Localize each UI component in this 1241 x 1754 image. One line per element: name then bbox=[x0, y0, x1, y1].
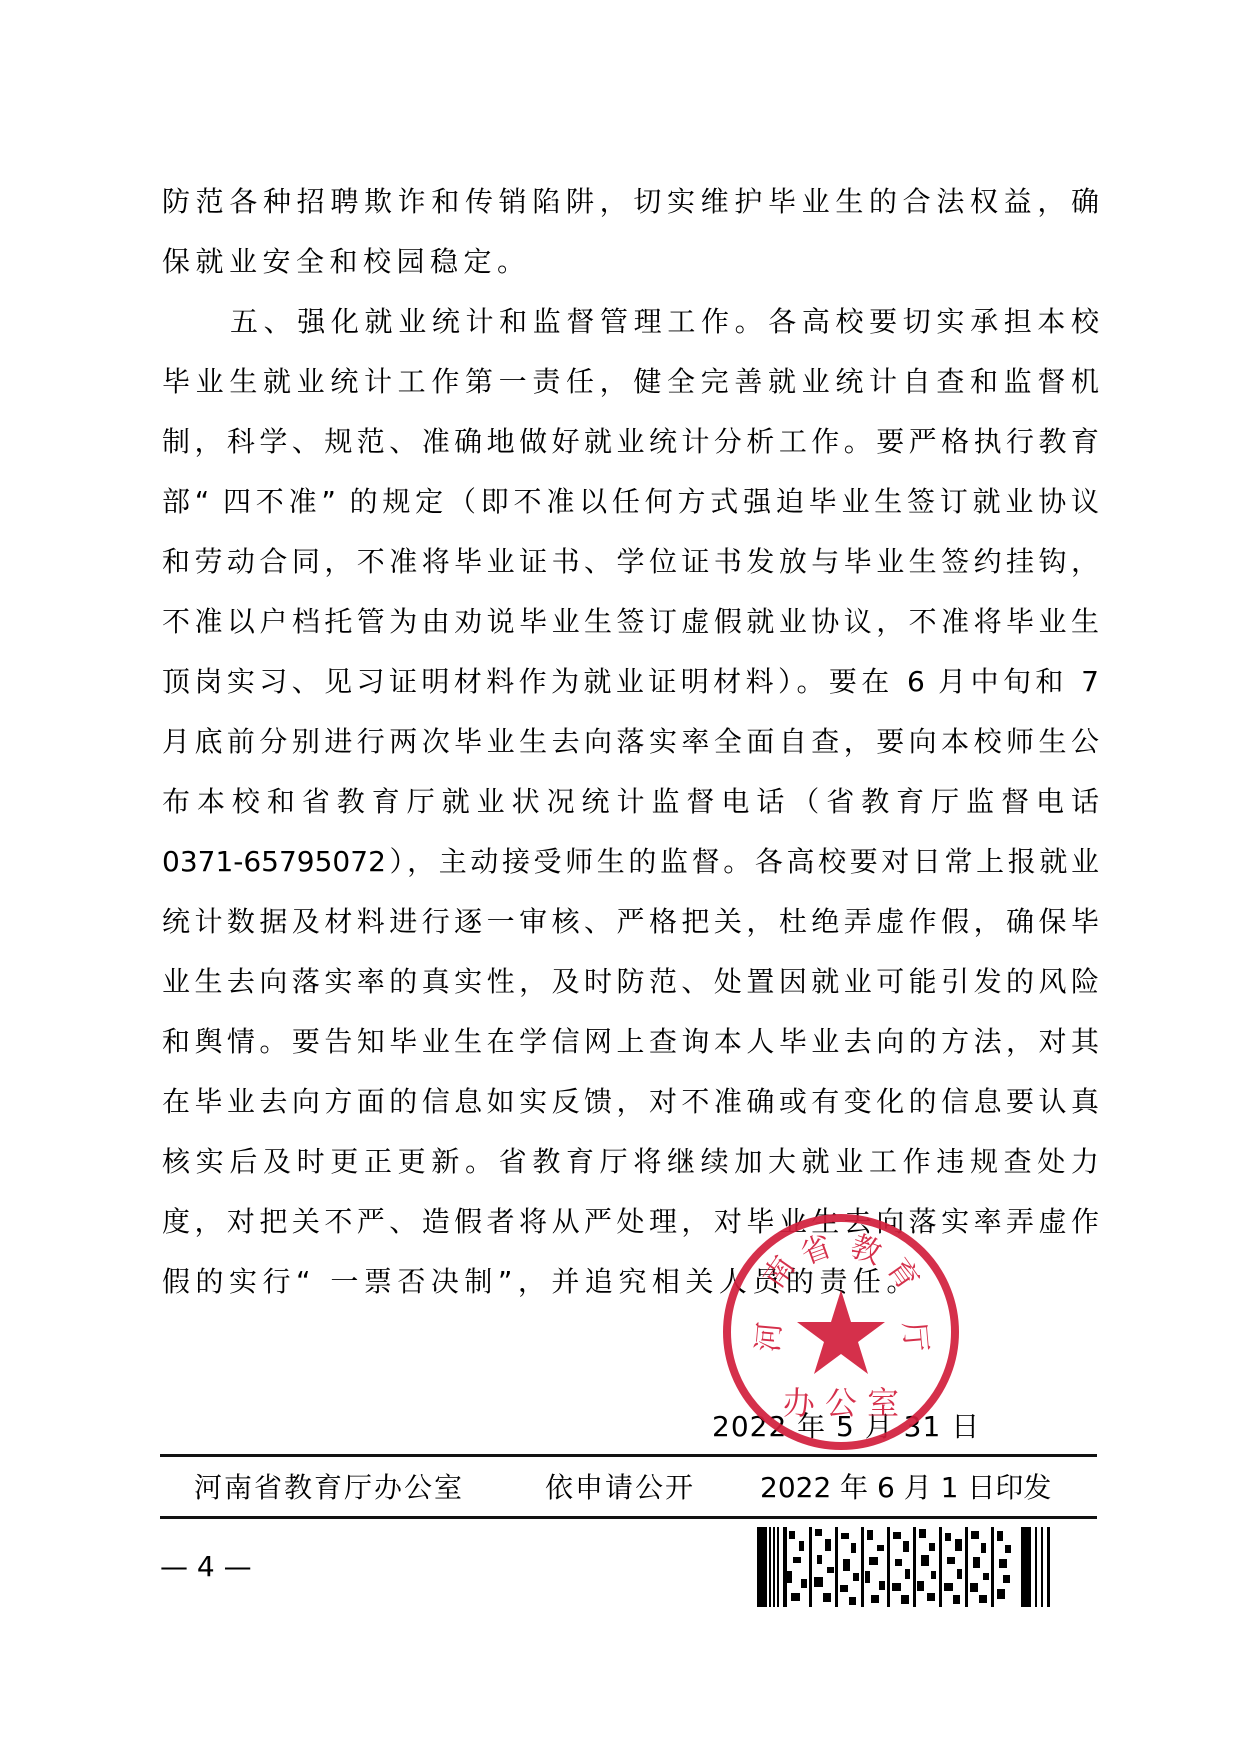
footer-print-date: 2022 年 6 月 1 日印发 bbox=[760, 1468, 1051, 1508]
body-line: 在毕业去向方面的信息如实反馈，对不准确或有变化的信息要认真 bbox=[162, 1082, 1099, 1122]
official-seal-stamp: 河 南 省 教 育 厅 办 公 室 bbox=[721, 1212, 961, 1452]
body-line: 部“ 四不准” 的规定（即不准以任何方式强迫毕业生签订就业协议 bbox=[162, 482, 1099, 522]
body-line: 顶岗实习、见习证明材料作为就业证明材料）。要在 6 月中旬和 7 bbox=[162, 662, 1099, 702]
body-line: 统计数据及材料进行逐一审核、严格把关，杜绝弄虚作假，确保毕 bbox=[162, 902, 1099, 942]
body-line: 毕业生就业统计工作第一责任，健全完善就业统计自查和监督机 bbox=[162, 362, 1099, 402]
section-heading-line: 五、强化就业统计和监督管理工作。各高校要切实承担本校 bbox=[230, 302, 1099, 342]
pdf417-barcode bbox=[757, 1527, 1051, 1607]
stamp-char: 省 bbox=[796, 1229, 836, 1272]
body-line: 核实后及时更正更新。省教育厅将继续加大就业工作违规查处力 bbox=[162, 1142, 1099, 1182]
footer-bottom-rule bbox=[160, 1516, 1097, 1519]
star-icon bbox=[797, 1290, 885, 1374]
footer-disclosure: 依申请公开 bbox=[545, 1468, 695, 1508]
stamp-char: 教 bbox=[846, 1229, 886, 1272]
body-line: 布本校和省教育厅就业状况统计监督电话（省教育厅监督电话 bbox=[162, 782, 1099, 822]
body-line: 和劳动合同，不准将毕业证书、学位证书发放与毕业生签约挂钩， bbox=[162, 542, 1099, 582]
footer-issuer: 河南省教育厅办公室 bbox=[194, 1468, 464, 1508]
stamp-char: 河 bbox=[751, 1321, 788, 1354]
body-line: 不准以户档托管为由劝说毕业生签订虚假就业协议，不准将毕业生 bbox=[162, 602, 1099, 642]
page-number: — 4 — bbox=[160, 1547, 252, 1587]
body-line: 防范各种招聘欺诈和传销陷阱，切实维护毕业生的合法权益，确 bbox=[162, 182, 1099, 222]
footer-top-rule bbox=[160, 1454, 1097, 1457]
body-line: 0371-65795072），主动接受师生的监督。各高校要对日常上报就业 bbox=[162, 842, 1099, 882]
body-line: 和舆情。要告知毕业生在学信网上查询本人毕业去向的方法，对其 bbox=[162, 1022, 1099, 1062]
body-line: 保就业安全和校园稳定。 bbox=[162, 242, 1099, 282]
body-line: 业生去向落实率的真实性，及时防范、处置因就业可能引发的风险 bbox=[162, 962, 1099, 1002]
stamp-char: 南 bbox=[756, 1250, 802, 1295]
stamp-char: 厅 bbox=[896, 1321, 933, 1354]
body-line: 制，科学、规范、准确地做好就业统计分析工作。要严格执行教育 bbox=[162, 422, 1099, 462]
stamp-char: 育 bbox=[880, 1252, 926, 1297]
stamp-bottom-text: 办 公 室 bbox=[783, 1384, 899, 1422]
body-line: 月底前分别进行两次毕业生去向落实率全面自查，要向本校师生公 bbox=[162, 722, 1099, 762]
